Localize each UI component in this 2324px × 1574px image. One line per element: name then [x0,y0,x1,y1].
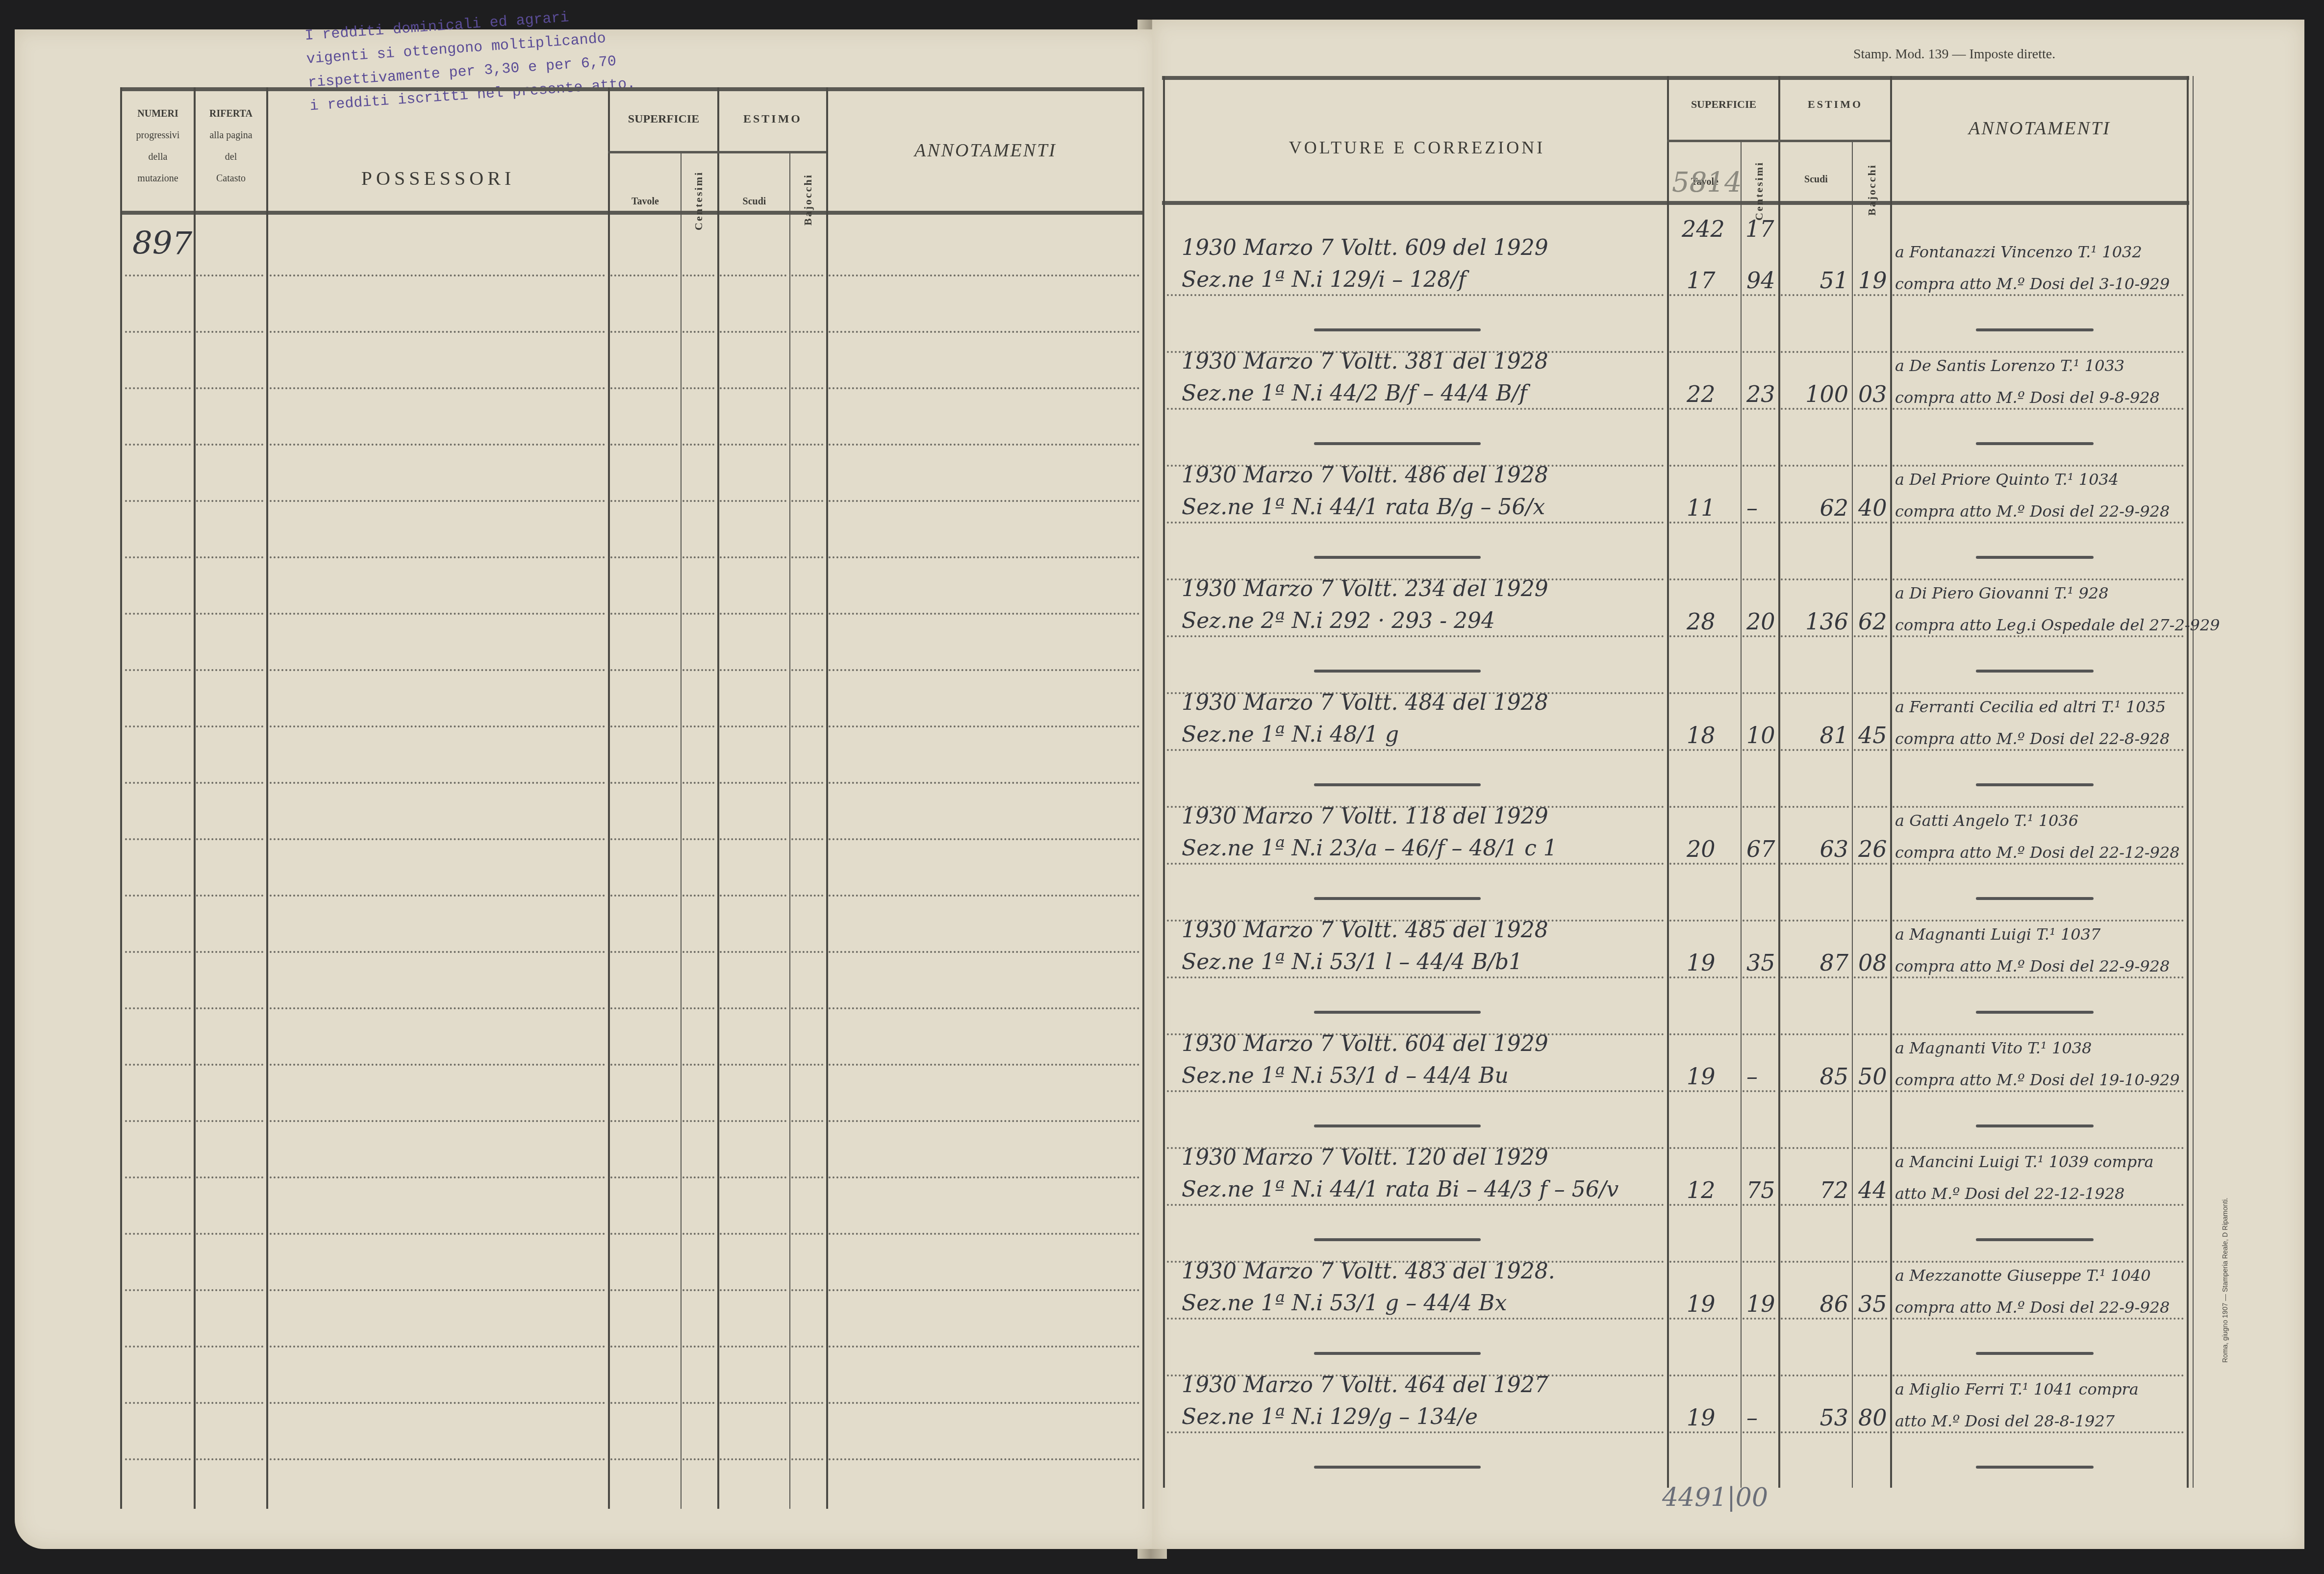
row-rule [125,895,191,897]
header-numeri: NUMERIprogressividellamutazione [122,103,194,189]
row-rule [720,1120,786,1122]
row-rule [829,331,1139,333]
header-superficie: SUPERFICIE [1669,98,1778,111]
row-rule [829,613,1139,615]
bajocchi-value: 45 [1858,722,1887,749]
bajocchi-value: 26 [1858,836,1887,862]
column-line [789,152,790,1509]
mutation-number: 897 [132,225,192,262]
row-rule [610,331,678,333]
row-rule [270,331,605,333]
separator-stroke [1976,556,2094,559]
row-rule [829,1064,1139,1066]
subheader-rule [608,151,826,153]
row-rule [720,556,786,558]
row-rule [270,895,605,897]
row-rule [125,838,191,840]
row-rule [270,1176,605,1178]
row-rule [682,1176,714,1178]
row-rule [682,387,714,389]
row-rule [791,1346,823,1348]
separator-stroke [1976,1466,2094,1469]
row-rule [720,1346,786,1348]
row-rule [196,1402,263,1404]
row-rule [610,895,678,897]
subheader-rule [1667,140,1890,142]
header-top-rule [120,87,1142,91]
row-rule [125,1458,191,1460]
row-rule [682,331,714,333]
annotation-line: a Gatti Angelo T.¹ 1036 [1895,811,2078,830]
row-rule [610,669,678,671]
scudi-value: 87 [1799,949,1848,976]
row-rule [196,895,263,897]
bajocchi-value: 44 [1858,1177,1887,1203]
separator-stroke [1976,1352,2094,1355]
row-rule [791,725,823,727]
sezione-line: Sez.ne 1ª N.i 53/1 l – 44/4 B/b1 [1182,949,1522,974]
scudi-value: 53 [1799,1404,1848,1431]
row-rule [682,500,714,502]
row-rule [125,1346,191,1348]
row-rule [610,613,678,615]
sezione-line: Sez.ne 1ª N.i 48/1 g [1182,722,1399,747]
row-rule [610,1120,678,1122]
header-possessori: POSSESSORI [268,167,608,190]
row-rule [610,725,678,727]
separator-stroke [1314,1011,1481,1014]
row-rule [196,1007,263,1009]
row-rule [682,275,714,276]
row-rule [270,387,605,389]
row-rule [720,669,786,671]
row-rule [196,1458,263,1460]
centesimi-value: 20 [1746,608,1775,635]
bajocchi-value: 35 [1858,1291,1887,1317]
annotation-line: atto M.º Dosi del 28-8-1927 [1895,1412,2115,1430]
tavole-value: 12 [1687,1177,1716,1203]
row-rule [829,725,1139,727]
row-rule [791,895,823,897]
row-rule [682,725,714,727]
row-rule [720,1289,786,1291]
tavole-value: 22 [1687,381,1716,407]
separator-stroke [1314,1352,1481,1355]
voltura-line: 1930 Marzo 7 Voltt. 604 del 1929 [1182,1031,1548,1056]
bajocchi-value: 08 [1858,949,1887,976]
row-rule [791,1289,823,1291]
row-rule [829,895,1139,897]
row-rule [682,613,714,615]
header-top-rule [1162,76,2189,80]
row-rule [791,331,823,333]
ledger-entry: 1930 Marzo 7 Voltt. 483 del 1928.Sez.ne … [1152,1259,2192,1373]
row-rule [829,782,1139,784]
header-scudi: Scudi [719,196,789,207]
header-riferta: RIFERTAalla paginadelCatasto [196,103,266,189]
row-rule [125,331,191,333]
row-rule [720,1176,786,1178]
row-rule [829,387,1139,389]
row-rule [125,1120,191,1122]
row-rule [270,444,605,446]
annotation-line: a Mancini Luigi T.¹ 1039 compra [1895,1152,2154,1171]
bajocchi-value: 19 [1858,267,1887,294]
row-rule [720,1402,786,1404]
row-rule [791,444,823,446]
header-bajocchi: Bajocchi [1866,152,1878,216]
annotation-line: a Mezzanotte Giuseppe T.¹ 1040 [1895,1266,2151,1285]
voltura-line: 1930 Marzo 7 Voltt. 464 del 1927 [1182,1373,1548,1398]
row-rule [829,669,1139,671]
row-rule [270,500,605,502]
row-rule [682,1007,714,1009]
row-rule [829,500,1139,502]
row-rule [829,1346,1139,1348]
ledger-entry: 1930 Marzo 7 Voltt. 604 del 1929Sez.ne 1… [1152,1031,2192,1145]
row-rule [125,500,191,502]
row-rule [196,725,263,727]
row-rule [720,275,786,276]
row-rule [610,1402,678,1404]
column-line [826,87,828,1509]
tavole-value: 19 [1687,949,1716,976]
row-rule [791,669,823,671]
row-rule [125,951,191,953]
row-rule [610,500,678,502]
row-rule [270,669,605,671]
column-line [681,152,682,1509]
row-rule [682,444,714,446]
row-rule [610,1176,678,1178]
bajocchi-value: 03 [1858,381,1887,407]
tavole-value: 19 [1687,1404,1716,1431]
row-rule [610,1289,678,1291]
row-rule [125,1289,191,1291]
row-rule [682,1289,714,1291]
sezione-line: Sez.ne 2ª N.i 292 · 293 - 294 [1182,608,1495,633]
row-rule [270,1233,605,1235]
row-rule [791,838,823,840]
row-rule [125,387,191,389]
row-rule [270,1346,605,1348]
row-rule [829,1402,1139,1404]
row-rule [125,1176,191,1178]
row-rule [270,838,605,840]
row-rule [270,556,605,558]
ledger-entry: 1930 Marzo 7 Voltt. 118 del 1929Sez.ne 1… [1152,804,2192,918]
row-rule [791,1007,823,1009]
printer-imprint: Roma, giugno 1907 — Stamperia Reale, D R… [2221,1167,2229,1363]
annotation-line: a De Santis Lorenzo T.¹ 1033 [1895,356,2124,375]
scudi-value: 72 [1799,1177,1848,1203]
row-rule [829,951,1139,953]
row-rule [720,500,786,502]
row-rule [682,1402,714,1404]
row-rule [270,613,605,615]
centesimi-value: – [1746,1063,1758,1090]
row-rule [196,1233,263,1235]
annotation-line: atto M.º Dosi del 22-12-1928 [1895,1184,2124,1203]
pencil-note: 5814 [1672,167,1742,199]
row-rule [196,556,263,558]
separator-stroke [1976,1238,2094,1241]
row-rule [791,1458,823,1460]
row-rule [720,387,786,389]
row-rule [125,1402,191,1404]
row-rule [610,444,678,446]
row-rule [682,782,714,784]
row-rule [720,331,786,333]
row-rule [196,1289,263,1291]
row-rule [682,1233,714,1235]
row-rule [610,275,678,276]
row-rule [682,1120,714,1122]
row-rule [196,275,263,276]
annotation-line: compra atto M.º Dosi del 22-8-928 [1895,729,2170,748]
tavole-value: 20 [1687,836,1716,862]
row-rule [610,951,678,953]
annotation-line: compra atto M.º Dosi del 22-9-928 [1895,957,2170,975]
annotation-line: compra atto M.º Dosi del 22-12-928 [1895,843,2180,862]
row-rule [829,556,1139,558]
row-rule [791,1176,823,1178]
centesimi-value: – [1746,1404,1758,1431]
row-rule [270,951,605,953]
voltura-line: 1930 Marzo 7 Voltt. 234 del 1929 [1182,576,1548,601]
row-rule [720,782,786,784]
ledger-entry: 1930 Marzo 7 Voltt. 234 del 1929Sez.ne 2… [1152,576,2192,690]
row-rule [791,387,823,389]
annotation-line: a Miglio Ferri T.¹ 1041 compra [1895,1380,2139,1399]
left-page: I redditi dominicali ed agrari vigenti s… [15,29,1157,1549]
column-line [266,87,268,1509]
row-rule [270,782,605,784]
header-annotamenti: ANNOTAMENTI [1893,118,2187,139]
sezione-line: Sez.ne 1ª N.i 44/1 rata Bi – 44/3 f – 56… [1182,1177,1618,1202]
row-rule [829,1289,1139,1291]
voltura-line: 1930 Marzo 7 Voltt. 381 del 1928 [1182,349,1548,374]
header-centesimi: Centesimi [1753,152,1766,221]
row-rule [196,613,263,615]
row-rule [682,1458,714,1460]
right-page: Stamp. Mod. 139 — Imposte dirette. Roma,… [1152,20,2304,1549]
header-scudi: Scudi [1780,174,1852,185]
row-rule [682,895,714,897]
bajocchi-value: 40 [1858,495,1887,521]
row-rule [196,500,263,502]
sezione-line: Sez.ne 1ª N.i 44/1 rata B/g – 56/x [1182,495,1545,520]
column-line [1142,87,1144,1509]
column-line [120,87,122,1509]
scudi-value: 85 [1799,1063,1848,1090]
bajocchi-value: 80 [1858,1404,1887,1431]
scudi-value: 62 [1799,495,1848,521]
row-rule [829,1458,1139,1460]
row-rule [682,1346,714,1348]
column-line [2193,76,2194,1488]
header-bottom-rule [120,211,1142,215]
row-rule [829,838,1139,840]
row-rule [720,1064,786,1066]
header-estimo: ESTIMO [1780,98,1890,111]
sezione-line: Sez.ne 1ª N.i 129/g – 134/e [1182,1404,1478,1429]
row-rule [610,387,678,389]
voltura-line: 1930 Marzo 7 Voltt. 609 del 1929 [1182,235,1548,260]
row-rule [270,1458,605,1460]
separator-stroke [1976,442,2094,445]
row-rule [270,1289,605,1291]
row-rule [791,500,823,502]
sezione-line: Sez.ne 1ª N.i 53/1 g – 44/4 Bx [1182,1291,1507,1316]
row-rule [829,275,1139,276]
row-rule [270,1402,605,1404]
row-rule [196,782,263,784]
annotation-line: compra atto M.º Dosi del 19-10-929 [1895,1071,2180,1089]
row-rule [682,669,714,671]
ledger-entry: 1930 Marzo 7 Voltt. 485 del 1928Sez.ne 1… [1152,918,2192,1031]
annotation-line: compra atto Leg.i Ospedale del 27-2-929 [1895,616,2220,634]
row-rule [270,725,605,727]
row-rule [610,782,678,784]
separator-stroke [1976,1124,2094,1127]
row-rule [720,1458,786,1460]
tavole-value: 11 [1687,495,1716,521]
voltura-line: 1930 Marzo 7 Voltt. 486 del 1928 [1182,463,1548,488]
row-rule [791,556,823,558]
row-rule [791,1064,823,1066]
separator-stroke [1976,328,2094,331]
row-rule [196,1176,263,1178]
row-rule [791,1233,823,1235]
row-rule [125,275,191,276]
voltura-line: 1930 Marzo 7 Voltt. 483 del 1928. [1182,1259,1555,1284]
ledger-entry: 1930 Marzo 7 Voltt. 486 del 1928Sez.ne 1… [1152,463,2192,576]
row-rule [829,444,1139,446]
ledger-entry: 1930 Marzo 7 Voltt. 381 del 1928Sez.ne 1… [1152,349,2192,463]
row-rule [720,1233,786,1235]
annotation-line: compra atto M.º Dosi del 22-9-928 [1895,502,2170,521]
separator-stroke [1976,897,2094,900]
separator-stroke [1976,1011,2094,1014]
row-rule [720,725,786,727]
annotation-line: a Ferranti Cecilia ed altri T.¹ 1035 [1895,698,2166,716]
ledger-entry: 1930 Marzo 7 Voltt. 484 del 1928Sez.ne 1… [1152,690,2192,804]
row-rule [270,275,605,276]
row-rule [125,782,191,784]
tavole-value: 19 [1687,1063,1716,1090]
row-rule [610,1346,678,1348]
scudi-value: 81 [1799,722,1848,749]
tavole-value: 28 [1687,608,1716,635]
centesimi-value: 35 [1746,949,1775,976]
centesimi-value: 75 [1746,1177,1775,1203]
row-rule [829,1007,1139,1009]
tavole-value: 17 [1687,267,1716,294]
row-rule [270,1007,605,1009]
centesimi-value: – [1746,495,1758,521]
separator-stroke [1314,328,1481,331]
scudi-value: 51 [1799,267,1848,294]
row-rule [791,1402,823,1404]
form-header-line: Stamp. Mod. 139 — Imposte dirette. [1853,47,2055,62]
sezione-line: Sez.ne 1ª N.i 23/a – 46/f – 48/1 c 1 [1182,836,1557,861]
header-annotamenti: ANNOTAMENTI [829,140,1142,161]
row-rule [720,613,786,615]
centesimi-value: 23 [1746,381,1775,407]
ledger-entry: 1930 Marzo 7 Voltt. 464 del 1927Sez.ne 1… [1152,1373,2192,1486]
row-rule [125,1064,191,1066]
tavole-value: 18 [1687,722,1716,749]
header-bottom-rule [1162,201,2189,205]
row-rule [610,1458,678,1460]
header-estimo: ESTIMO [719,113,826,126]
separator-stroke [1314,897,1481,900]
separator-stroke [1976,783,2094,786]
row-rule [196,444,263,446]
voltura-line: 1930 Marzo 7 Voltt. 120 del 1929 [1182,1145,1548,1170]
separator-stroke [1314,1124,1481,1127]
row-rule [720,838,786,840]
row-rule [125,1233,191,1235]
scudi-value: 63 [1799,836,1848,862]
annotation-line: a Fontanazzi Vincenzo T.¹ 1032 [1895,243,2142,261]
header-bajocchi: Bajocchi [802,162,814,225]
row-rule [270,1064,605,1066]
purple-stamp: I redditi dominicali ed agrari vigenti s… [304,2,636,119]
row-rule [791,951,823,953]
row-rule [270,1120,605,1122]
separator-stroke [1314,556,1481,559]
row-rule [791,613,823,615]
separator-stroke [1314,442,1481,445]
voltura-line: 1930 Marzo 7 Voltt. 118 del 1929 [1182,804,1548,829]
row-rule [196,951,263,953]
separator-stroke [1976,670,2094,673]
column-line [608,87,610,1509]
header-tavole: Tavole [610,196,681,207]
sezione-line: Sez.ne 1ª N.i 44/2 B/f – 44/4 B/f [1182,381,1527,406]
header-volture-correzioni: VOLTURE E CORREZIONI [1167,137,1667,158]
annotation-line: a Magnanti Luigi T.¹ 1037 [1895,925,2100,944]
row-rule [125,725,191,727]
row-rule [682,951,714,953]
centesimi-value: 10 [1746,722,1775,749]
row-rule [125,444,191,446]
bajocchi-value: 62 [1858,608,1887,635]
row-rule [829,1233,1139,1235]
row-rule [720,951,786,953]
column-line [194,87,196,1509]
annotation-line: compra atto M.º Dosi del 9-8-928 [1895,388,2160,407]
row-rule [610,1007,678,1009]
header-superficie: SUPERFICIE [610,113,717,126]
row-rule [720,444,786,446]
ledger-entry: 1930 Marzo 7 Voltt. 609 del 1929Sez.ne 1… [1152,235,2192,349]
row-rule [610,838,678,840]
annotation-line: compra atto M.º Dosi del 22-9-928 [1895,1298,2170,1317]
scudi-value: 86 [1799,1291,1848,1317]
row-rule [125,1007,191,1009]
row-rule [610,1064,678,1066]
row-rule [720,895,786,897]
row-rule [196,1120,263,1122]
annotation-line: a Di Piero Giovanni T.¹ 928 [1895,584,2108,602]
row-rule [125,556,191,558]
column-line [717,87,719,1509]
row-rule [196,838,263,840]
row-rule [682,1064,714,1066]
